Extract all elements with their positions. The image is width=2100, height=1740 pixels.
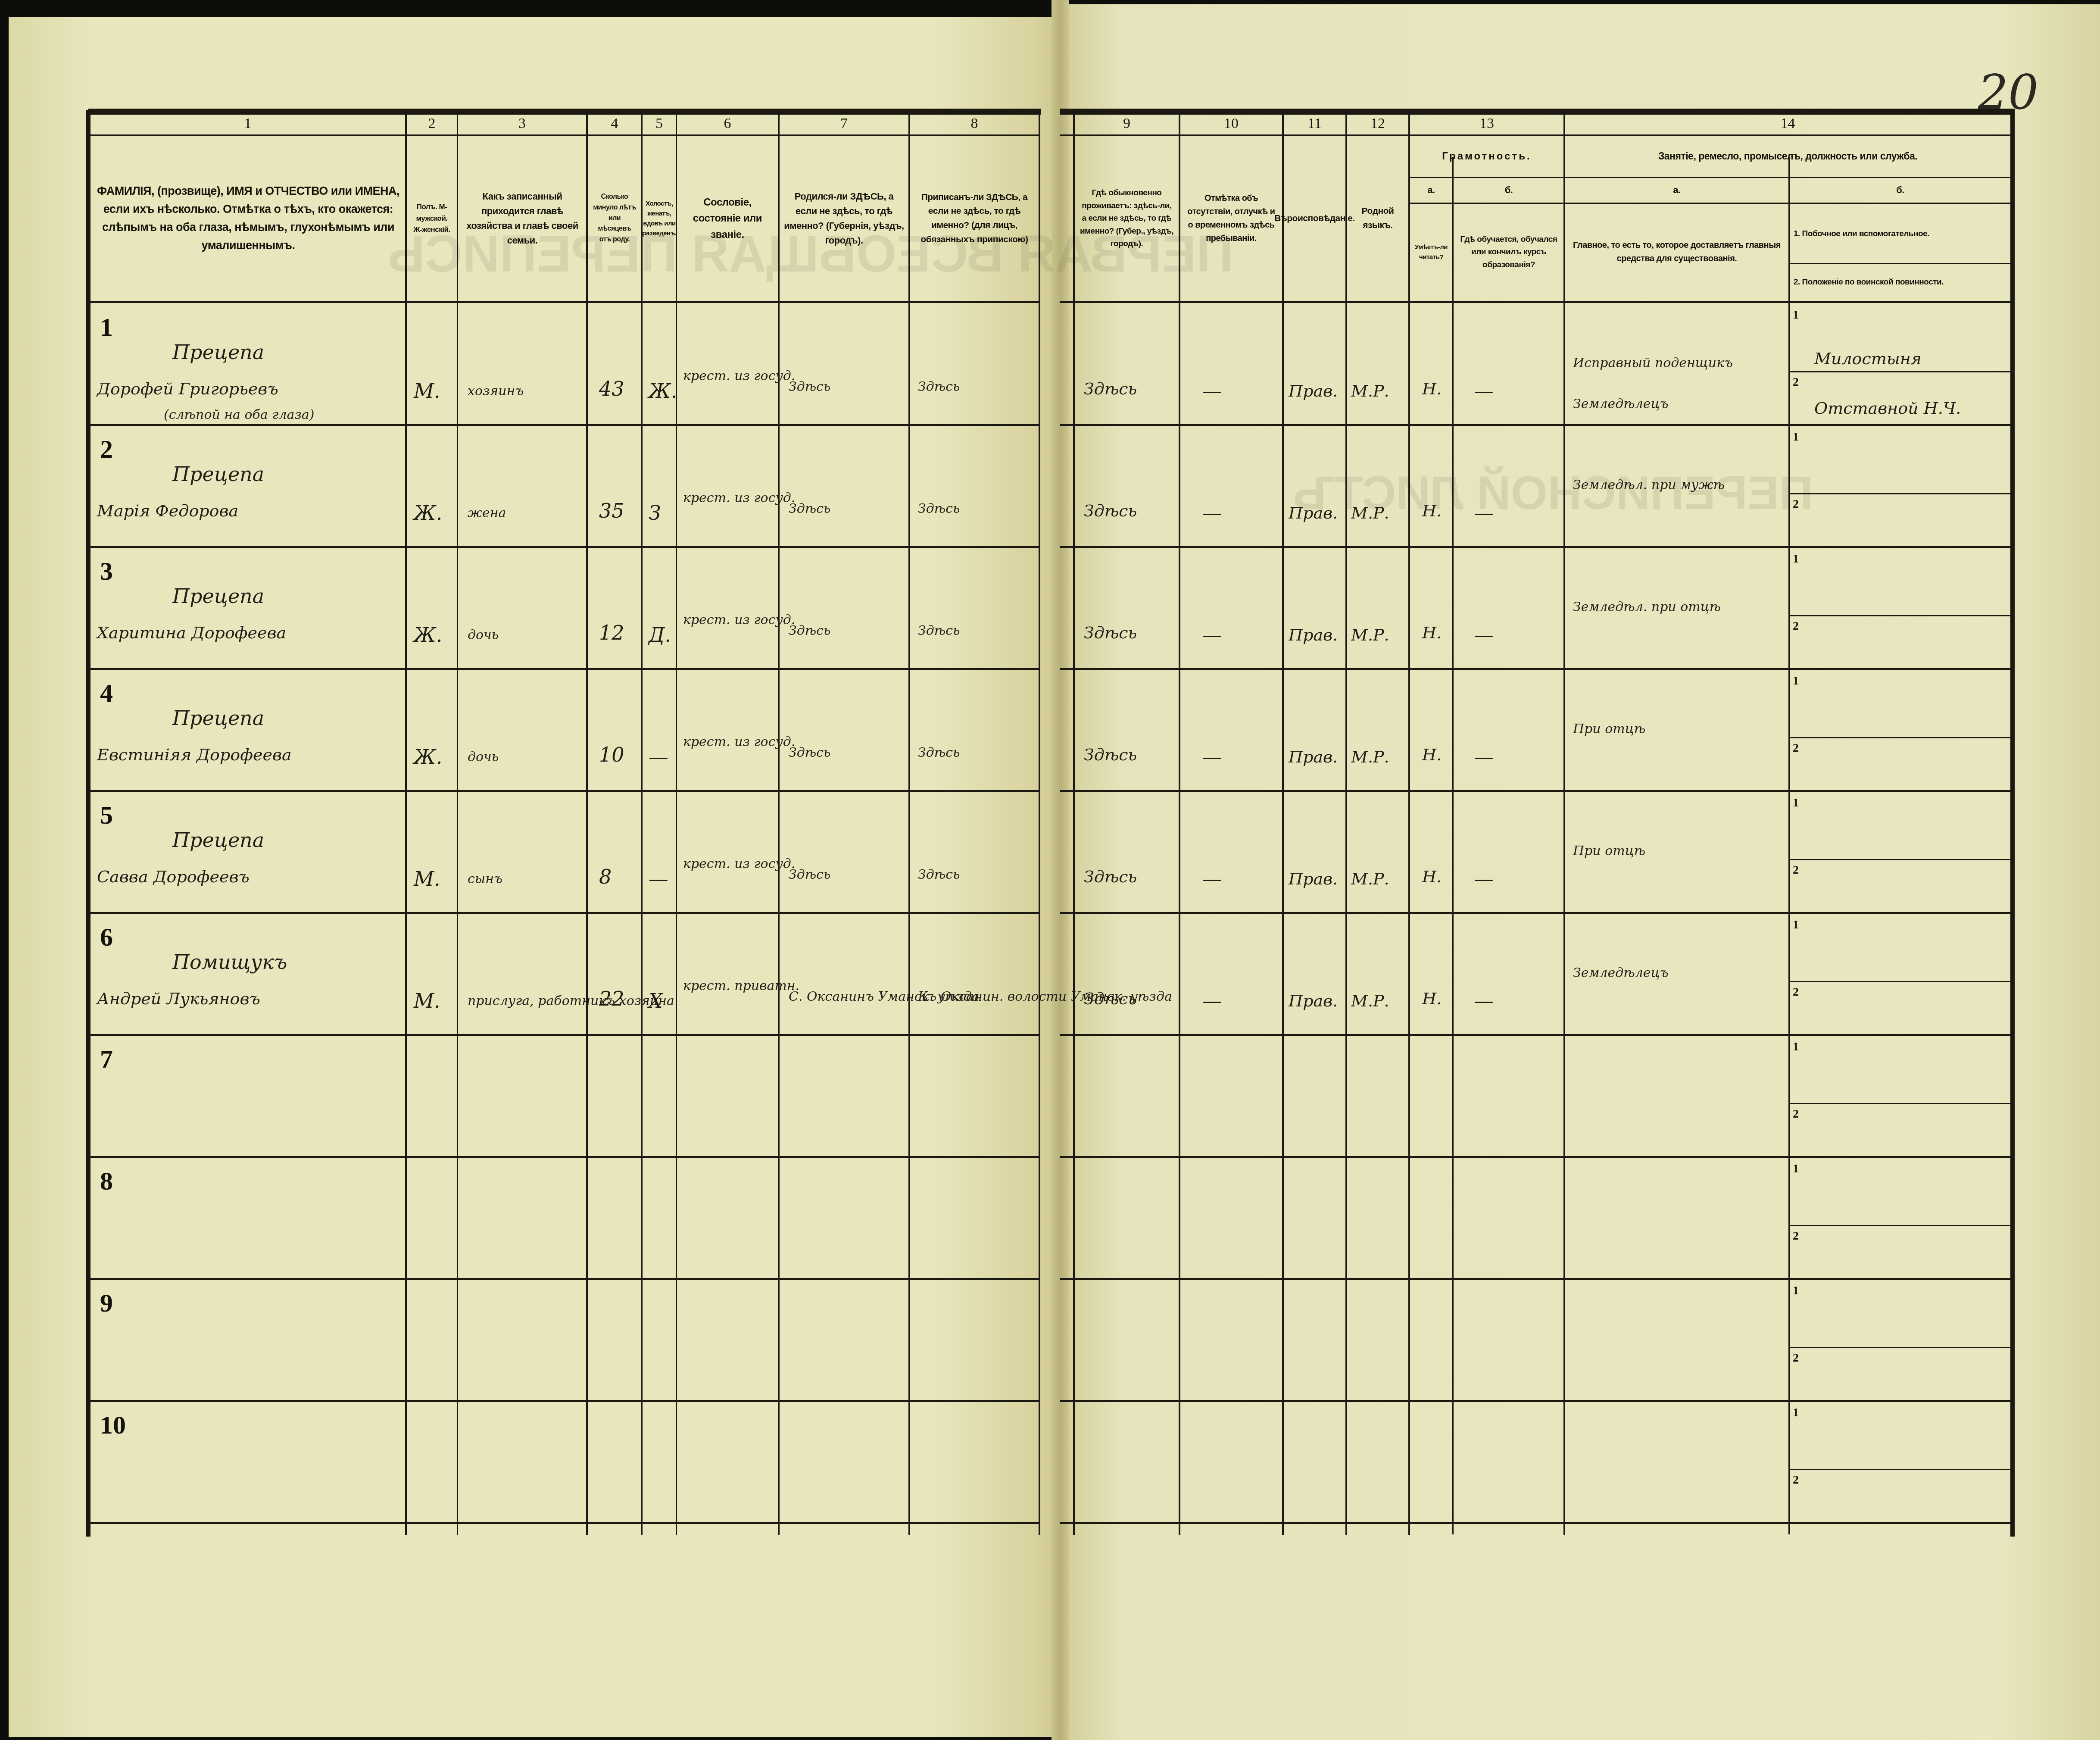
row-divider (90, 424, 1039, 426)
header-col11: Вѣроисповѣданіе. (1285, 137, 1345, 300)
column-divider (908, 113, 910, 1535)
header-bottom-divider (90, 301, 1039, 303)
header-col7: Родился-ли ЗДѢСЬ, а если не здѣсь, то гд… (780, 137, 908, 300)
birthplace-field[interactable]: Здѣсь (789, 623, 830, 638)
row-divider (1060, 546, 2010, 548)
subrow-divider (1790, 1225, 2010, 1226)
subrow-label-1: 1 (1793, 1040, 1799, 1054)
subrow-label-1: 1 (1793, 1284, 1799, 1298)
birthplace-field[interactable]: Здѣсь (789, 379, 830, 394)
column-number: 6 (677, 113, 778, 134)
column-divider (1563, 113, 1565, 1535)
subrow-divider (1790, 737, 2010, 738)
header-col10: Отмѣтка объ отсутствіи, отлучкѣ и о врем… (1181, 137, 1281, 300)
marital-field[interactable]: Д. (649, 623, 671, 647)
row-divider (90, 1278, 1039, 1280)
sex-field[interactable]: Ж. (414, 745, 442, 768)
absence-field[interactable]: — (1202, 379, 1222, 403)
relation-field[interactable]: прислуга, работникъ хозяина (468, 993, 674, 1009)
header-col13a-label: а. (1410, 178, 1452, 202)
relation-field[interactable]: хозяинъ (468, 384, 524, 399)
subrow-divider (1790, 981, 2010, 982)
header-col13b-label: б. (1454, 178, 1563, 202)
marital-field[interactable]: З (649, 501, 661, 525)
sex-field[interactable]: М. (414, 867, 440, 890)
religion-field[interactable]: Прав. (1289, 869, 1338, 888)
column-number: 13 (1410, 113, 1563, 134)
main-occupation-field[interactable]: При отцѣ (1573, 722, 1645, 737)
age-field[interactable]: 8 (599, 865, 612, 888)
subrow-label-2: 2 (1793, 619, 1799, 633)
subrow-label-1: 1 (1793, 430, 1799, 444)
language-field[interactable]: М.Р. (1351, 869, 1389, 888)
column-divider (405, 113, 407, 1535)
relation-field[interactable]: дочь (468, 628, 499, 643)
education-field[interactable]: — (1474, 745, 1494, 768)
residence-field[interactable]: Здѣсь (1084, 501, 1137, 520)
row-number: 6 (100, 922, 113, 952)
language-field[interactable]: М.Р. (1351, 381, 1389, 400)
column-number: 9 (1075, 113, 1179, 134)
header-col4: Сколько минуло лѣтъ или мѣсяцевъ отъ род… (589, 137, 640, 300)
subrow-label-2: 2 (1793, 497, 1799, 511)
religion-field[interactable]: Прав. (1289, 991, 1338, 1010)
estate-field[interactable]: крест. из госуд. (683, 612, 795, 628)
given-name-field[interactable]: Евстиніяя Дорофеева (97, 745, 292, 764)
column-divider (641, 113, 643, 1535)
column-divider (1179, 113, 1180, 1535)
absence-field[interactable]: — (1202, 867, 1222, 890)
row-number: 8 (100, 1166, 113, 1196)
language-field[interactable]: М.Р. (1351, 625, 1389, 644)
marital-field[interactable]: — (649, 867, 668, 890)
row-number: 2 (100, 434, 113, 464)
residence-field[interactable]: Здѣсь (1084, 745, 1137, 764)
column-divider (1788, 157, 1790, 1534)
residence-field[interactable]: Здѣсь (1084, 867, 1137, 886)
row-divider (1060, 424, 2010, 426)
main-occupation-field[interactable]: Исправный поденщикъ (1573, 356, 1733, 371)
row-divider (90, 1522, 1039, 1524)
row-divider (1060, 1400, 2010, 1402)
subrow-divider (1790, 859, 2010, 860)
header-col5: Холостъ, женатъ, вдовъ или разведенъ. (643, 137, 675, 300)
row-divider (1060, 1278, 2010, 1280)
row-number: 9 (100, 1288, 113, 1318)
group-divider (1409, 177, 1563, 178)
given-name-field[interactable]: Марія Федорова (97, 501, 238, 520)
language-field[interactable]: М.Р. (1351, 991, 1389, 1010)
literacy-field[interactable]: Н. (1422, 867, 1442, 886)
column-divider (1282, 113, 1284, 1535)
birthplace-field[interactable]: Здѣсь (789, 745, 830, 760)
marital-field[interactable]: Х (649, 989, 663, 1012)
subrow-label-2: 2 (1793, 863, 1799, 877)
registered-field[interactable]: Здѣсь (918, 379, 960, 394)
estate-field[interactable]: крест. приватн. (683, 978, 799, 993)
group-divider (1564, 177, 2010, 178)
sex-field[interactable]: Ж. (414, 623, 442, 647)
row-divider (90, 1400, 1039, 1402)
header-col14b2: 2. Положеніе по воинской повинности. (1790, 265, 2010, 300)
relation-field[interactable]: дочь (468, 750, 499, 765)
subrow-label-1: 1 (1793, 1162, 1799, 1176)
literacy-field[interactable]: Н. (1422, 989, 1442, 1008)
group-divider (1789, 263, 2010, 264)
religion-field[interactable]: Прав. (1289, 747, 1338, 766)
absence-field[interactable]: — (1202, 501, 1222, 525)
row-divider (1060, 1522, 2010, 1524)
registered-field[interactable]: Здѣсь (918, 745, 960, 760)
header-col13-title: Грамотность. (1410, 137, 1563, 176)
column-number: 4 (588, 113, 641, 134)
subrow-divider (1790, 1103, 2010, 1104)
column-divider (586, 113, 588, 1535)
column-number: 11 (1284, 113, 1345, 134)
education-field[interactable]: — (1474, 623, 1494, 647)
column-divider (778, 113, 780, 1535)
disability-note[interactable]: (слѣпой на оба глаза) (164, 407, 314, 422)
main-occupation-field[interactable]: Земледѣл. при мужѣ (1573, 478, 1725, 493)
relation-field[interactable]: сынъ (468, 872, 502, 887)
subrow-label-2: 2 (1793, 985, 1799, 999)
row-number: 3 (100, 556, 113, 586)
group-divider (1409, 203, 1563, 204)
header-col13a: Умѣетъ-ли читать? (1410, 205, 1452, 300)
religion-field[interactable]: Прав. (1289, 625, 1338, 644)
main-occupation-field[interactable]: При отцѣ (1573, 843, 1645, 859)
column-divider (1345, 113, 1347, 1535)
header-col1: ФАМИЛІЯ, (прозвище), ИМЯ и ОТЧЕСТВО или … (93, 137, 404, 300)
table-right-border (2010, 110, 2015, 1537)
column-divider (1408, 113, 1410, 1535)
literacy-field[interactable]: Н. (1422, 745, 1442, 764)
literacy-field[interactable]: Н. (1422, 379, 1442, 398)
given-name-field[interactable]: Андрей Лукьяновъ (97, 989, 260, 1008)
age-field[interactable]: 10 (599, 743, 624, 766)
group-divider (1564, 203, 2010, 204)
registered-field[interactable]: Здѣсь (918, 623, 960, 638)
subrow-label-1: 1 (1793, 796, 1799, 810)
column-number: 14 (1565, 113, 2010, 134)
column-number: 2 (407, 113, 457, 134)
absence-field[interactable]: — (1202, 989, 1222, 1012)
column-divider (457, 113, 458, 1535)
registered-field[interactable]: Здѣсь (918, 867, 960, 882)
surname-field[interactable]: Прецепа (172, 462, 264, 486)
column-number: 5 (643, 113, 676, 134)
estate-field[interactable]: крест. из госуд. (683, 856, 795, 872)
header-col14b1: 1. Побочное или вспомогательное. (1790, 205, 2010, 263)
surname-field[interactable]: Прецепа (172, 706, 264, 730)
subrow-label-2: 2 (1793, 1473, 1799, 1487)
main-occupation-field[interactable]: Земледѣлецъ (1573, 965, 1668, 981)
surname-field[interactable]: Помищукъ (172, 950, 287, 974)
subrow-label-2: 2 (1793, 1351, 1799, 1365)
row-divider (90, 912, 1039, 914)
header-col12: Родной языкъ. (1348, 137, 1407, 300)
row-divider (1060, 912, 2010, 914)
residence-field[interactable]: Здѣсь (1084, 623, 1137, 642)
marital-field[interactable]: Ж. (649, 379, 677, 403)
subrow-label-1: 1 (1793, 552, 1799, 566)
military-status-field[interactable]: Отставной Н.Ч. (1814, 399, 1961, 418)
estate-field[interactable]: крест. из госуд. (683, 734, 795, 750)
estate-field[interactable]: крест. из госуд. (683, 490, 795, 506)
column-number: 8 (910, 113, 1039, 134)
header-col14-title: Занятіе, ремесло, промыселъ, должность и… (1565, 137, 2010, 176)
row-number: 4 (100, 678, 113, 708)
given-name-field[interactable]: Харитина Дорофеева (97, 623, 286, 642)
language-field[interactable]: М.Р. (1351, 503, 1389, 522)
subrow-label-1: 1 (1793, 308, 1799, 322)
header-col3: Какъ записанный приходится главѣ хозяйст… (459, 137, 585, 300)
column-number: 7 (780, 113, 908, 134)
age-field[interactable]: 12 (599, 621, 624, 644)
row-divider (1060, 1034, 2010, 1036)
column-divider (1073, 113, 1075, 1535)
row-divider (1060, 790, 2010, 792)
surname-field[interactable]: Прецепа (172, 341, 264, 364)
table-left-border (86, 110, 90, 1537)
row-number: 10 (100, 1410, 126, 1440)
education-field[interactable]: — (1474, 501, 1494, 525)
birthplace-field[interactable]: Здѣсь (789, 867, 830, 882)
column-divider (1039, 113, 1040, 1535)
main-occupation-extra[interactable]: Земледѣлецъ (1573, 397, 1668, 412)
column-number: 10 (1180, 113, 1282, 134)
given-name-field[interactable]: Дорофей Григорьевъ (97, 379, 278, 398)
main-occupation-field[interactable]: Земледѣл. при отцѣ (1573, 600, 1721, 615)
surname-field[interactable]: Прецепа (172, 828, 264, 852)
subrow-divider (1790, 493, 2010, 494)
subrow-divider (1790, 615, 2010, 616)
row-number: 1 (100, 312, 113, 342)
sex-field[interactable]: М. (414, 989, 440, 1012)
subrow-label-1: 1 (1793, 918, 1799, 932)
header-col6: Сословіе, состояніе или званіе. (678, 137, 777, 300)
row-number: 5 (100, 800, 113, 830)
subrow-label-1: 1 (1793, 674, 1799, 688)
surname-field[interactable]: Прецепа (172, 584, 264, 608)
sex-field[interactable]: М. (414, 379, 440, 403)
age-field[interactable]: 22 (599, 987, 624, 1010)
header-col9: Гдѣ обыкновенно проживаетъ: здѣсь-ли, а … (1076, 137, 1178, 300)
age-field[interactable]: 35 (599, 499, 624, 522)
row-divider (90, 790, 1039, 792)
row-divider (90, 1156, 1039, 1158)
subrow-label-2: 2 (1793, 741, 1799, 755)
row-number: 7 (100, 1044, 113, 1074)
header-number-divider (90, 134, 1039, 136)
religion-field[interactable]: Прав. (1289, 503, 1338, 522)
header-col8: Приписанъ-ли ЗДѢСЬ, а если не здѣсь, то … (911, 137, 1038, 300)
subrow-divider (1790, 1469, 2010, 1470)
subrow-label-2: 2 (1793, 1229, 1799, 1243)
birthplace-field[interactable]: Здѣсь (789, 501, 830, 516)
subrow-divider (1790, 371, 2010, 372)
subrow-label-2: 2 (1793, 1107, 1799, 1121)
age-field[interactable]: 43 (599, 377, 624, 400)
estate-field[interactable]: крест. из госуд. (683, 369, 795, 384)
column-number: 3 (458, 113, 586, 134)
row-divider (90, 668, 1039, 670)
column-divider (676, 113, 677, 1535)
religion-field[interactable]: Прав. (1289, 381, 1338, 400)
header-col13b: Гдѣ обучается, обучался или кончилъ курс… (1454, 205, 1563, 300)
subrow-label-2: 2 (1793, 375, 1799, 389)
absence-field[interactable]: — (1202, 745, 1222, 768)
column-divider (1452, 157, 1454, 1534)
education-field[interactable]: — (1474, 867, 1494, 890)
residence-field[interactable]: Здѣсь (1084, 989, 1137, 1008)
row-divider (1060, 1156, 2010, 1158)
column-number: 1 (90, 113, 405, 134)
sex-field[interactable]: Ж. (414, 501, 442, 525)
residence-field[interactable]: Здѣсь (1084, 379, 1137, 398)
header-col14b-label: б. (1790, 178, 2010, 202)
column-number: 12 (1347, 113, 1408, 134)
relation-field[interactable]: жена (468, 506, 506, 521)
education-field[interactable]: — (1474, 379, 1494, 403)
row-divider (1060, 668, 2010, 670)
side-occupation-field[interactable]: Милостыня (1814, 349, 1922, 368)
header-col14a: Главное, то есть то, которое доставляетъ… (1565, 205, 1788, 300)
subrow-label-1: 1 (1793, 1406, 1799, 1420)
absence-field[interactable]: — (1202, 623, 1222, 647)
language-field[interactable]: М.Р. (1351, 747, 1389, 766)
header-bottom-divider (1060, 301, 2013, 303)
header-col2: Полъ. М-мужской. Ж-женскій. (408, 137, 456, 300)
given-name-field[interactable]: Савва Дорофеевъ (97, 867, 250, 886)
marital-field[interactable]: — (649, 745, 668, 768)
subrow-divider (1790, 1347, 2010, 1348)
literacy-field[interactable]: Н. (1422, 623, 1442, 642)
row-divider (90, 1034, 1039, 1036)
header-col14a-label: а. (1565, 178, 1788, 202)
education-field[interactable]: — (1474, 989, 1494, 1012)
header-number-divider (1060, 134, 2013, 136)
literacy-field[interactable]: Н. (1422, 501, 1442, 520)
row-divider (90, 546, 1039, 548)
registered-field[interactable]: Здѣсь (918, 501, 960, 516)
